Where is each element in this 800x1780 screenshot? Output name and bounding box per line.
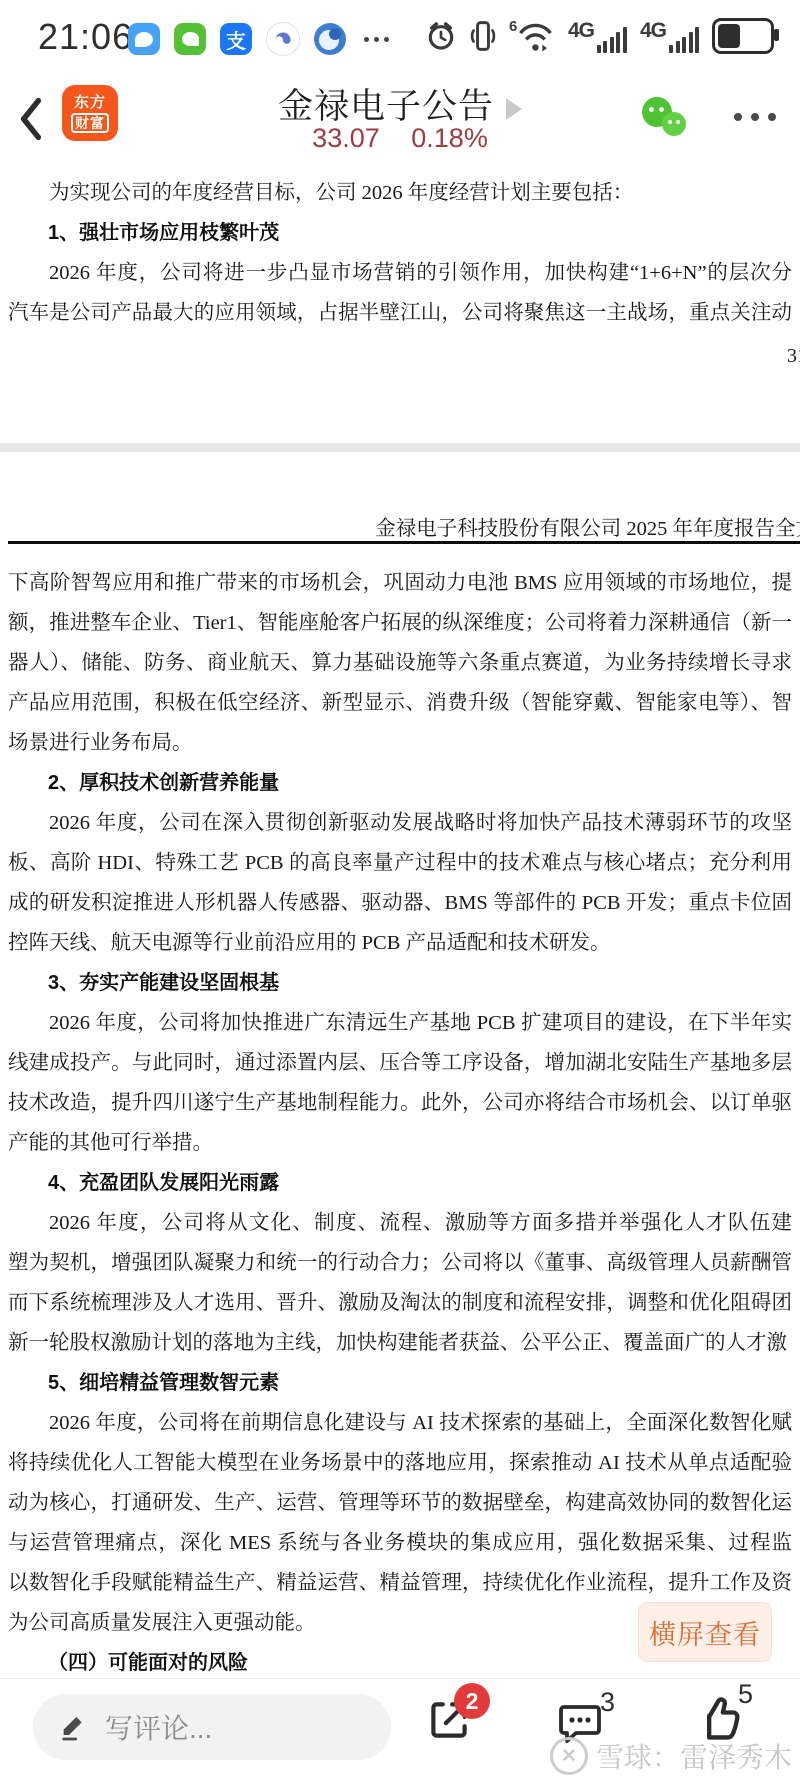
- comment-icon: [556, 1701, 604, 1747]
- doc-line: 2026 年度，公司将加快推进广东清远生产基地 PCB 扩建项目的建设，在下半年…: [8, 1003, 792, 1043]
- doc-line: 技术改造，提升四川遂宁生产基地制程能力。此外，公司亦将结合市场机会、以订单驱动为…: [8, 1083, 792, 1123]
- share-button[interactable]: 2: [424, 1695, 474, 1750]
- doc-heading: 2、厚积技术创新营养能量: [8, 763, 792, 803]
- clock-time: 21:06: [38, 16, 133, 58]
- comments-button[interactable]: 3: [556, 1701, 604, 1752]
- doc-line: 与运营管理痛点，深化 MES 系统与各业务模块的集成应用，强化数据采集、过程监控…: [8, 1523, 792, 1563]
- doc-line: 2026 年度，公司将在前期信息化建设与 AI 技术探索的基础上，全面深化数智化…: [8, 1403, 792, 1443]
- pencil-icon: [57, 1711, 89, 1743]
- document-page-2: 下高阶智驾应用和推广带来的市场机会，巩固动力电池 BMS 应用领域的市场地位，提…: [8, 563, 792, 1683]
- vibrate-icon: [470, 19, 496, 53]
- doc-line: 器人）、储能、防务、商业航天、算力基础设施等六条重点赛道，为业务持续增长寻求新的…: [8, 643, 792, 683]
- wifi-6-icon: 6: [509, 18, 555, 54]
- doc-line: 将持续优化人工智能大模型在业务场景中的落地应用，探索推动 AI 技术从单点适配验…: [8, 1443, 792, 1483]
- doc-line: 场景进行业务布局。: [8, 723, 792, 763]
- comment-input[interactable]: 写评论...: [33, 1694, 391, 1760]
- doc-line: 而下系统梳理涉及人才选用、晋升、激励及淘汰的制度和流程安排，调整和优化阻碍团队发…: [8, 1283, 792, 1323]
- browser-app-icon: [314, 23, 346, 55]
- expand-arrow-icon[interactable]: [506, 98, 522, 120]
- doc-line: 板、高阶 HDI、特殊工艺 PCB 的高良率量产过程中的技术难点与核心堵点；充分…: [8, 843, 792, 883]
- stock-change: 0.18%: [411, 123, 488, 153]
- status-bar: 21:06 支 6: [0, 0, 800, 75]
- header-rule: [8, 541, 800, 544]
- doc-line: 下高阶智驾应用和推广带来的市场机会，巩固动力电池 BMS 应用领域的市场地位，提…: [8, 563, 792, 603]
- wechat-share-icon[interactable]: [636, 93, 692, 145]
- doc-line: 以数智化手段赋能精益生产、精益运营、精益管理，持续优化作业流程，提升工作及资源配…: [8, 1563, 792, 1603]
- page-number: 31: [787, 345, 800, 368]
- alarm-icon: [425, 19, 457, 53]
- app-header: 东方 财富 金禄电子公告 33.07 0.18%: [0, 75, 800, 163]
- like-count: 5: [738, 1679, 753, 1710]
- share-badge: 2: [454, 1683, 490, 1719]
- cellular-4g-icon: 4G: [568, 19, 627, 53]
- like-button[interactable]: 5: [694, 1693, 746, 1750]
- doc-line: 2026 年度，公司将从文化、制度、流程、激励等方面多措并举强化人才队伍建设。公…: [8, 1203, 792, 1243]
- doc-heading: 4、充盈团队发展阳光雨露: [8, 1163, 792, 1203]
- doc-line: 塑为契机，增强团队凝聚力和统一的行动合力；公司将以《董事、高级管理人员薪酬管理制…: [8, 1243, 792, 1283]
- doc-heading: 3、夯实产能建设坚固根基: [8, 963, 792, 1003]
- doc-line: 控阵天线、航天电源等行业前沿应用的 PCB 产品适配和技术研发。: [8, 923, 792, 963]
- doc-line: 2026 年度，公司将进一步凸显市场营销的引领作用，加快构建“1+6+N”的层次…: [8, 253, 792, 293]
- svg-text:6: 6: [509, 18, 517, 35]
- doc-line: 产品应用范围，积极在低空经济、新型显示、消费升级（智能穿戴、智能家电等）、智能安…: [8, 683, 792, 723]
- wechat-icon: [174, 23, 206, 55]
- document-page-1: 为实现公司的年度经营目标，公司 2026 年度经营计划主要包括： 1、强壮市场应…: [8, 173, 792, 333]
- landscape-view-button[interactable]: 横屏查看: [638, 1602, 772, 1662]
- comment-count: 3: [600, 1687, 615, 1718]
- doc-line: 成的研发积淀推进人形机器人传感器、驱动器、BMS 等部件的 PCB 开发；重点卡…: [8, 883, 792, 923]
- system-status-icons: 6 4G 4G: [425, 18, 774, 54]
- page-title: 金禄电子公告: [278, 79, 494, 129]
- battery-icon: [712, 18, 774, 54]
- notification-app-icons: 支: [128, 22, 389, 56]
- doc-line: 额，推进整车企业、Tier1、智能座舱客户拓展的纵深维度；公司将着力深耕通信（新…: [8, 603, 792, 643]
- more-icon[interactable]: [734, 113, 776, 121]
- doc-line: 线建成投产。与此同时，通过添置内层、压合等工序设备，增加湖北安陆生产基地多层板产…: [8, 1043, 792, 1083]
- doc-line: 汽车是公司产品最大的应用领域，占据半壁江山，公司将聚焦这一主战场，重点关注动力电…: [8, 293, 792, 333]
- doc-line: 2026 年度，公司在深入贯彻创新驱动发展战略时将加快产品技术薄弱环节的攻坚克难…: [8, 803, 792, 843]
- stock-price: 33.07: [312, 123, 380, 153]
- comment-placeholder: 写评论...: [105, 1707, 212, 1747]
- bottom-action-bar: 写评论... 2 3 5: [0, 1678, 800, 1780]
- doc-line: 动为核心，打通研发、生产、运营、管理等环节的数据壁垒，构建高效协同的数智化运营体…: [8, 1483, 792, 1523]
- screen: 21:06 支 6: [0, 0, 800, 1780]
- page-separator: [0, 443, 800, 452]
- report-running-header: 金禄电子科技股份有限公司 2025 年年度报告全文: [375, 511, 800, 541]
- doc-heading: 1、强壮市场应用枝繁叶茂: [8, 213, 792, 253]
- doc-line: 为实现公司的年度经营目标，公司 2026 年度经营计划主要包括：: [8, 173, 792, 213]
- alipay-icon: 支: [220, 23, 252, 55]
- more-apps-icon: [364, 37, 389, 42]
- doc-line: 产能的其他可行举措。: [8, 1123, 792, 1163]
- cellular-4g-icon-2: 4G: [640, 19, 699, 53]
- swirl-app-icon: [266, 22, 300, 56]
- doc-line: 新一轮股权激励计划的落地为主线，加快构建能者获益、公平公正、覆盖面广的人才激励体…: [8, 1323, 792, 1363]
- messages-icon: [128, 23, 160, 55]
- doc-heading: 5、细培精益管理数智元素: [8, 1363, 792, 1403]
